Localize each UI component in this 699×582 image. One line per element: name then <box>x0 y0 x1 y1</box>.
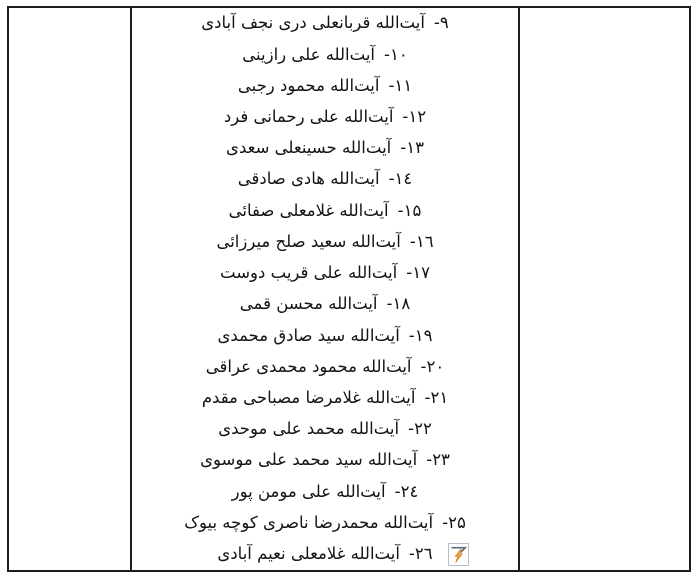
list-item-name: آیت‌الله حسینعلی سعدی <box>226 140 391 157</box>
list-item-number: ۱۷- <box>406 265 430 282</box>
list-item-number: ۲۱- <box>424 390 448 407</box>
list-item-number: ۱٤- <box>389 171 413 188</box>
document-table: ۹- آیت‌الله قربانعلی دری نجف آبادی ۱۰- آ… <box>7 6 691 572</box>
list-item-number: ۱۰- <box>384 47 408 64</box>
list-item-number: ۱۹- <box>409 328 433 345</box>
list-item[interactable]: ۲۵- آیت‌الله محمدرضا ناصری کوچه بیوک <box>132 508 518 539</box>
list-item-number: ۱۲- <box>402 109 426 126</box>
list-item-name: آیت‌الله محمود رجبی <box>238 78 380 95</box>
list-item[interactable]: ۲۰- آیت‌الله محمود محمدی عراقی <box>132 351 518 382</box>
list-item-number: ۲۰- <box>421 359 445 376</box>
table-cell-names[interactable]: ۹- آیت‌الله قربانعلی دری نجف آبادی ۱۰- آ… <box>132 8 520 570</box>
list-item-number: ۲٤- <box>395 484 419 501</box>
list-item-number: ۲٦- <box>409 546 433 563</box>
list-item[interactable]: ۲۳- آیت‌الله سید محمد علی موسوی <box>132 445 518 476</box>
list-item-name: آیت‌الله محمد علی موحدی <box>218 421 399 438</box>
list-item[interactable]: ۱۳- آیت‌الله حسینعلی سعدی <box>132 133 518 164</box>
list-item[interactable]: ۲٤- آیت‌الله علی مومن پور <box>132 476 518 507</box>
list-item-number: ۹- <box>434 15 449 32</box>
list-item[interactable]: ۱۷- آیت‌الله علی قریب دوست <box>132 258 518 289</box>
list-item-name: آیت‌الله قربانعلی دری نجف آبادی <box>201 15 425 32</box>
list-item-name: آیت‌الله هادی صادقی <box>238 171 380 188</box>
list-item-number: ۱۳- <box>400 140 424 157</box>
list-item-number: ۱٦- <box>410 234 434 251</box>
list-item[interactable]: ۲۲- آیت‌الله محمد علی موحدی <box>132 414 518 445</box>
list-item-number: ۲۳- <box>426 452 450 469</box>
list-item[interactable]: ۱٦- آیت‌الله سعید صلح میرزائی <box>132 227 518 258</box>
list-item-number: ۱۵- <box>398 203 422 220</box>
list-item-name: آیت‌الله غلامرضا مصباحی مقدم <box>202 390 416 407</box>
list-item-name: آیت‌الله سید محمد علی موسوی <box>200 452 417 469</box>
list-item-number: ۱۱- <box>388 78 412 95</box>
list-item[interactable]: ۱۹- آیت‌الله سید صادق محمدی <box>132 320 518 351</box>
names-list: ۹- آیت‌الله قربانعلی دری نجف آبادی ۱۰- آ… <box>132 8 518 570</box>
list-item[interactable]: ۱۰- آیت‌الله علی رازینی <box>132 39 518 70</box>
list-item-name: آیت‌الله غلامعلی نعیم آبادی <box>217 546 400 563</box>
table-cell-left-empty <box>9 8 132 570</box>
lightning-bolt-icon <box>448 543 469 566</box>
list-item-name: آیت‌الله سید صادق محمدی <box>218 328 400 345</box>
list-item-name: آیت‌الله محمود محمدی عراقی <box>206 359 412 376</box>
list-item[interactable]: ۱۸- آیت‌الله محسن قمی <box>132 289 518 320</box>
list-item-name: آیت‌الله غلامعلی صفائی <box>229 203 389 220</box>
list-item-name: آیت‌الله علی قریب دوست <box>220 265 397 282</box>
list-item-name: آیت‌الله علی رحمانی فرد <box>224 109 394 126</box>
document-canvas: ۹- آیت‌الله قربانعلی دری نجف آبادی ۱۰- آ… <box>0 0 699 582</box>
list-item-name: آیت‌الله سعید صلح میرزائی <box>216 234 400 251</box>
list-item[interactable]: ۱۲- آیت‌الله علی رحمانی فرد <box>132 102 518 133</box>
list-item[interactable]: ۱۵- آیت‌الله غلامعلی صفائی <box>132 195 518 226</box>
list-item-name: آیت‌الله علی رازینی <box>242 47 375 64</box>
table-cell-right-empty <box>520 8 689 570</box>
list-item[interactable]: ۱٤- آیت‌الله هادی صادقی <box>132 164 518 195</box>
list-item-name: آیت‌الله محمدرضا ناصری کوچه بیوک <box>184 515 433 532</box>
list-item-number: ۲۲- <box>408 421 432 438</box>
list-item[interactable]: ۲۱- آیت‌الله غلامرضا مصباحی مقدم <box>132 383 518 414</box>
list-item-name: آیت‌الله علی مومن پور <box>232 484 386 501</box>
list-item-number: ۲۵- <box>442 515 466 532</box>
list-item-number: ۱۸- <box>387 296 411 313</box>
list-item[interactable]: ۹- آیت‌الله قربانعلی دری نجف آبادی <box>132 8 518 39</box>
list-item-name: آیت‌الله محسن قمی <box>240 296 378 313</box>
autocorrect-options-button[interactable] <box>448 543 469 566</box>
list-item[interactable]: ۱۱- آیت‌الله محمود رجبی <box>132 70 518 101</box>
